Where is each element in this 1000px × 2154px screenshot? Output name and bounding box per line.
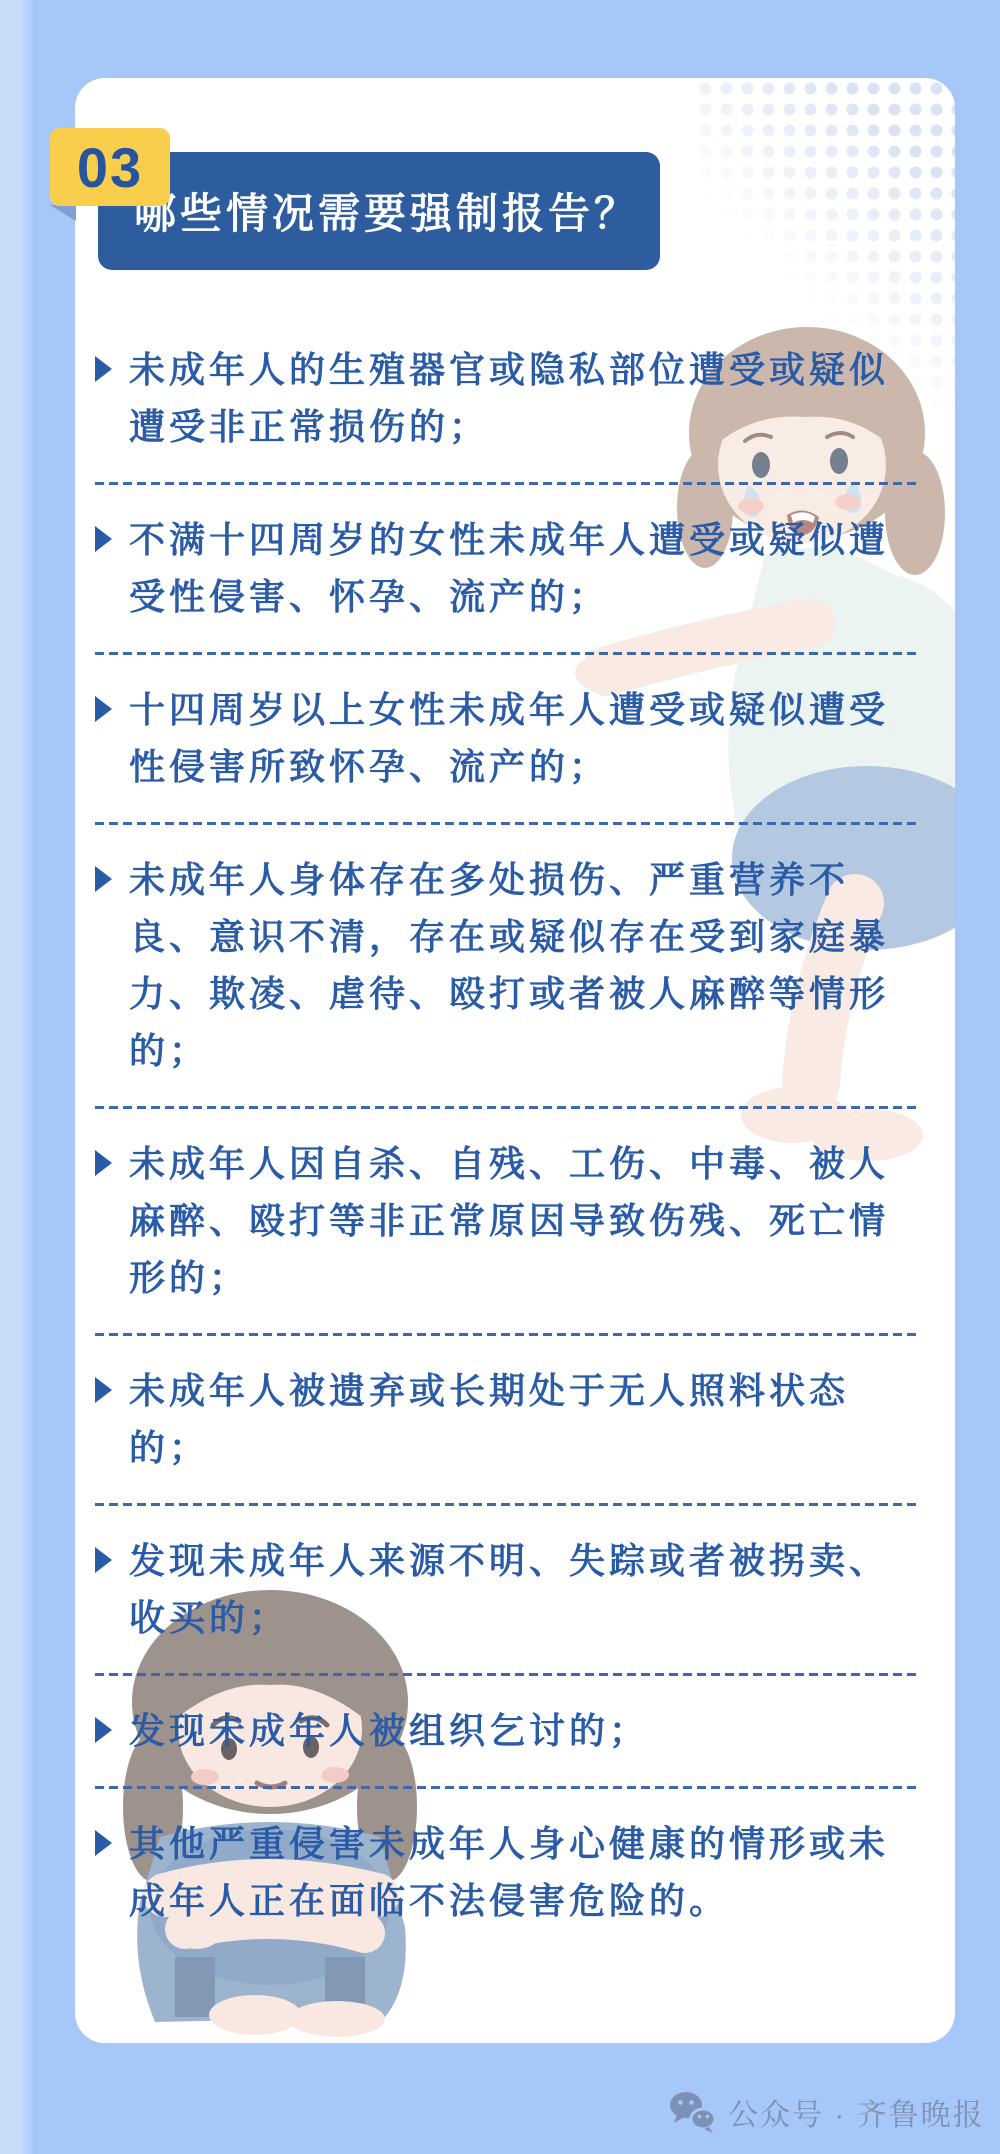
triangle-bullet-icon	[95, 1717, 112, 1743]
triangle-bullet-icon	[95, 1547, 112, 1573]
list-item: 未成年人被遗弃或长期处于无人照料状态的；	[95, 1334, 920, 1504]
list-item-text: 其他严重侵害未成年人身心健康的情形或未成年人正在面临不法侵害危险的。	[129, 1815, 905, 1929]
triangle-bullet-icon	[95, 356, 112, 382]
section-title: 哪些情况需要强制报告？	[134, 181, 640, 241]
wechat-icon	[668, 2091, 716, 2133]
list-item: 发现未成年人被组织乞讨的；	[95, 1674, 920, 1787]
list-item: 未成年人因自杀、自残、工伤、中毒、被人麻醉、殴打等非正常原因导致伤残、死亡情形的…	[95, 1107, 920, 1334]
list-item: 未成年人身体存在多处损伤、严重营养不良、意识不清，存在或疑似存在受到家庭暴力、欺…	[95, 823, 920, 1107]
list-item-text: 未成年人身体存在多处损伤、严重营养不良、意识不清，存在或疑似存在受到家庭暴力、欺…	[129, 851, 905, 1079]
content-card: 哪些情况需要强制报告？ 未成年人的生殖器官或隐私部位遭受或疑似遭受非正常损伤的；…	[75, 78, 955, 2043]
section-number-badge: 03	[50, 128, 170, 206]
footer-watermark: 公众号 · 齐鲁晚报	[668, 2086, 985, 2138]
list-item: 其他严重侵害未成年人身心健康的情形或未成年人正在面临不法侵害危险的。	[95, 1787, 920, 1957]
triangle-bullet-icon	[95, 696, 112, 722]
triangle-bullet-icon	[95, 1830, 112, 1856]
list-item: 十四周岁以上女性未成年人遭受或疑似遭受性侵害所致怀孕、流产的；	[95, 653, 920, 823]
triangle-bullet-icon	[95, 1150, 112, 1176]
list-item-text: 不满十四周岁的女性未成年人遭受或疑似遭受性侵害、怀孕、流产的；	[129, 511, 905, 625]
section-header-bar: 哪些情况需要强制报告？	[98, 152, 660, 270]
list-item-text: 未成年人因自杀、自残、工伤、中毒、被人麻醉、殴打等非正常原因导致伤残、死亡情形的…	[129, 1135, 905, 1306]
list-item-text: 发现未成年人被组织乞讨的；	[129, 1702, 905, 1759]
list-item-text: 未成年人的生殖器官或隐私部位遭受或疑似遭受非正常损伤的；	[129, 341, 905, 455]
triangle-bullet-icon	[95, 526, 112, 552]
list-item: 不满十四周岁的女性未成年人遭受或疑似遭受性侵害、怀孕、流产的；	[95, 483, 920, 653]
list-item-text: 发现未成年人来源不明、失踪或者被拐卖、收买的；	[129, 1532, 905, 1646]
triangle-bullet-icon	[95, 866, 112, 892]
footer-account-label: 公众号 · 齐鲁晚报	[728, 2090, 985, 2134]
list-item-text: 未成年人被遗弃或长期处于无人照料状态的；	[129, 1362, 905, 1476]
list-item: 未成年人的生殖器官或隐私部位遭受或疑似遭受非正常损伤的；	[95, 313, 920, 483]
list-item: 发现未成年人来源不明、失踪或者被拐卖、收买的；	[95, 1504, 920, 1674]
report-list: 未成年人的生殖器官或隐私部位遭受或疑似遭受非正常损伤的； 不满十四周岁的女性未成…	[95, 313, 920, 1957]
list-item-text: 十四周岁以上女性未成年人遭受或疑似遭受性侵害所致怀孕、流产的；	[129, 681, 905, 795]
badge-fold-decoration	[50, 205, 76, 221]
triangle-bullet-icon	[95, 1377, 112, 1403]
